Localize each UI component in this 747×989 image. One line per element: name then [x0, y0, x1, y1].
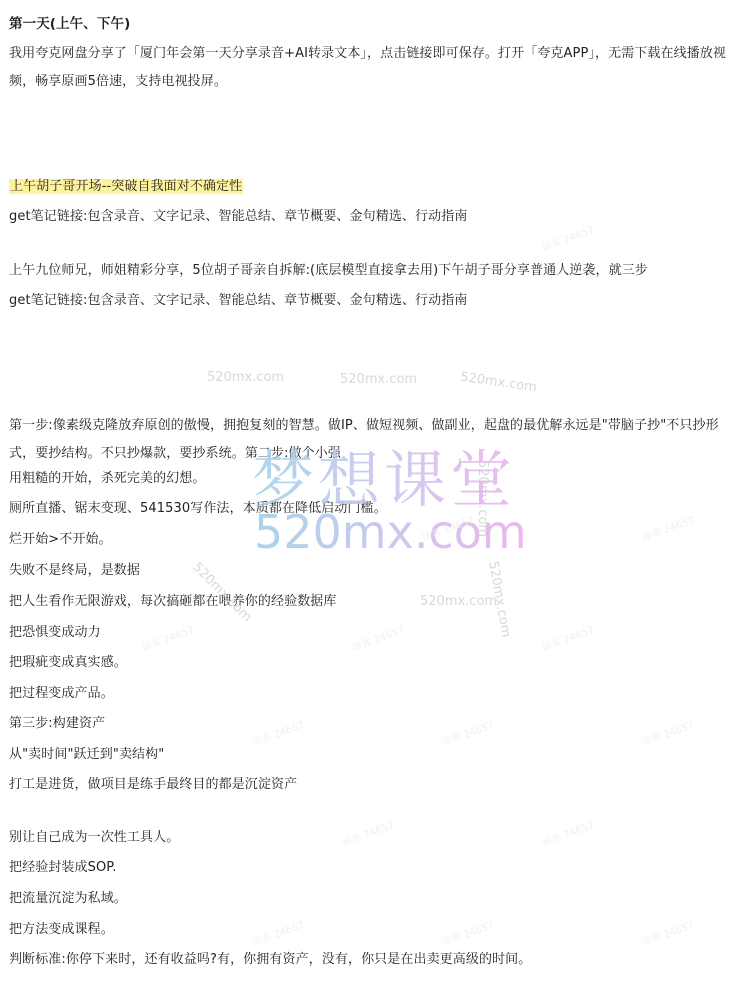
morning-summary: 上午九位师兄，师姐精彩分享，5位胡子哥亲自拆解:(底层模型直接拿去用)下午胡子哥…: [9, 261, 648, 281]
text-line: 从"卖时间"跃迁到"卖结构": [9, 745, 164, 765]
text-line: 把流量沉淀为私域。: [9, 889, 127, 909]
watermark-faint-tag: 谛客 24657: [139, 621, 196, 654]
text-line: 烂开始>不开始。: [9, 530, 112, 550]
watermark-domain-vertical: 520mx.com: [485, 560, 513, 639]
judgment-standard-line: 判断标准:你停下来时，还有收益吗?有，你拥有资产，没有，你只是在出卖更高级的时间…: [9, 950, 531, 970]
watermark-faint-tag: 谛客 24657: [439, 716, 496, 749]
watermark-faint-tag: 谛客 24657: [539, 621, 596, 654]
get-note-link-2: get笔记链接:包含录音、文字记录、智能总结、章节概要、金句精选、行动指南: [9, 291, 467, 311]
watermark-faint-tag: 谛客 24657: [339, 816, 396, 849]
text-line: 把瑕疵变成真实感。: [9, 653, 127, 673]
watermark-faint-tag: 谛客 24657: [439, 916, 496, 949]
watermark-domain-small: 520mx.com: [420, 594, 497, 609]
step-three-heading: 第三步:构建资产: [9, 714, 105, 734]
watermark-faint-tag: 谛客 24657: [539, 221, 596, 254]
watermark-domain-small: 520mx.com: [340, 372, 417, 387]
highlighted-text: 上午胡子哥开场--突破自我面对不确定性: [9, 179, 243, 194]
step-one-paragraph: 第一步:像素级克隆放弃原创的傲慢，拥抱复刻的智慧。做IP、做短视频、做副业，起盘…: [9, 412, 739, 468]
page-title: 第一天(上午、下午): [9, 14, 130, 34]
watermark-faint-tag: 谛客 24657: [639, 716, 696, 749]
text-line: 失败不是终局，是数据: [9, 561, 140, 581]
watermark-faint-tag: 谛客 24657: [349, 621, 406, 654]
watermark-faint-tag: 谛客 24657: [639, 511, 696, 544]
watermark-domain-small: 520mx.com: [207, 370, 284, 385]
watermark-faint-tag: 谛客 24657: [249, 716, 306, 749]
text-line: 把经验封装成SOP.: [9, 858, 116, 878]
intro-paragraph: 我用夸克网盘分享了「厦门年会第一天分享录音+AI转录文本」，点击链接即可保存。打…: [9, 40, 739, 96]
text-line: 打工是进货，做项目是练手最终目的都是沉淀资产: [9, 775, 297, 795]
watermark-domain-small: 520mx.com: [459, 370, 537, 396]
text-line: 把方法变成课程。: [9, 920, 114, 940]
text-line: 把人生看作无限游戏，每次搞砸都在喂养你的经验数据库: [9, 592, 337, 612]
watermark-faint-tag: 谛客 24657: [419, 511, 476, 544]
text-line: 别让自己成为一次性工具人。: [9, 828, 179, 848]
get-note-link-1: get笔记链接:包含录音、文字记录、智能总结、章节概要、金句精选、行动指南: [9, 207, 467, 227]
text-line: 把恐惧变成动力: [9, 623, 101, 643]
watermark-faint-tag: 谛客 24657: [639, 916, 696, 949]
text-line: 把过程变成产品。: [9, 684, 114, 704]
highlight-heading: 上午胡子哥开场--突破自我面对不确定性: [9, 177, 243, 197]
text-line: 用粗糙的开始，杀死完美的幻想。: [9, 469, 206, 489]
watermark-domain-vertical: 520mx.com: [475, 460, 490, 537]
watermark-faint-tag: 谛客 24657: [539, 816, 596, 849]
watermark-faint-tag: 谛客 24657: [249, 916, 306, 949]
text-line: 厕所直播、锯末变现、541530写作法，本质都在降低启动门槛。: [9, 499, 387, 519]
